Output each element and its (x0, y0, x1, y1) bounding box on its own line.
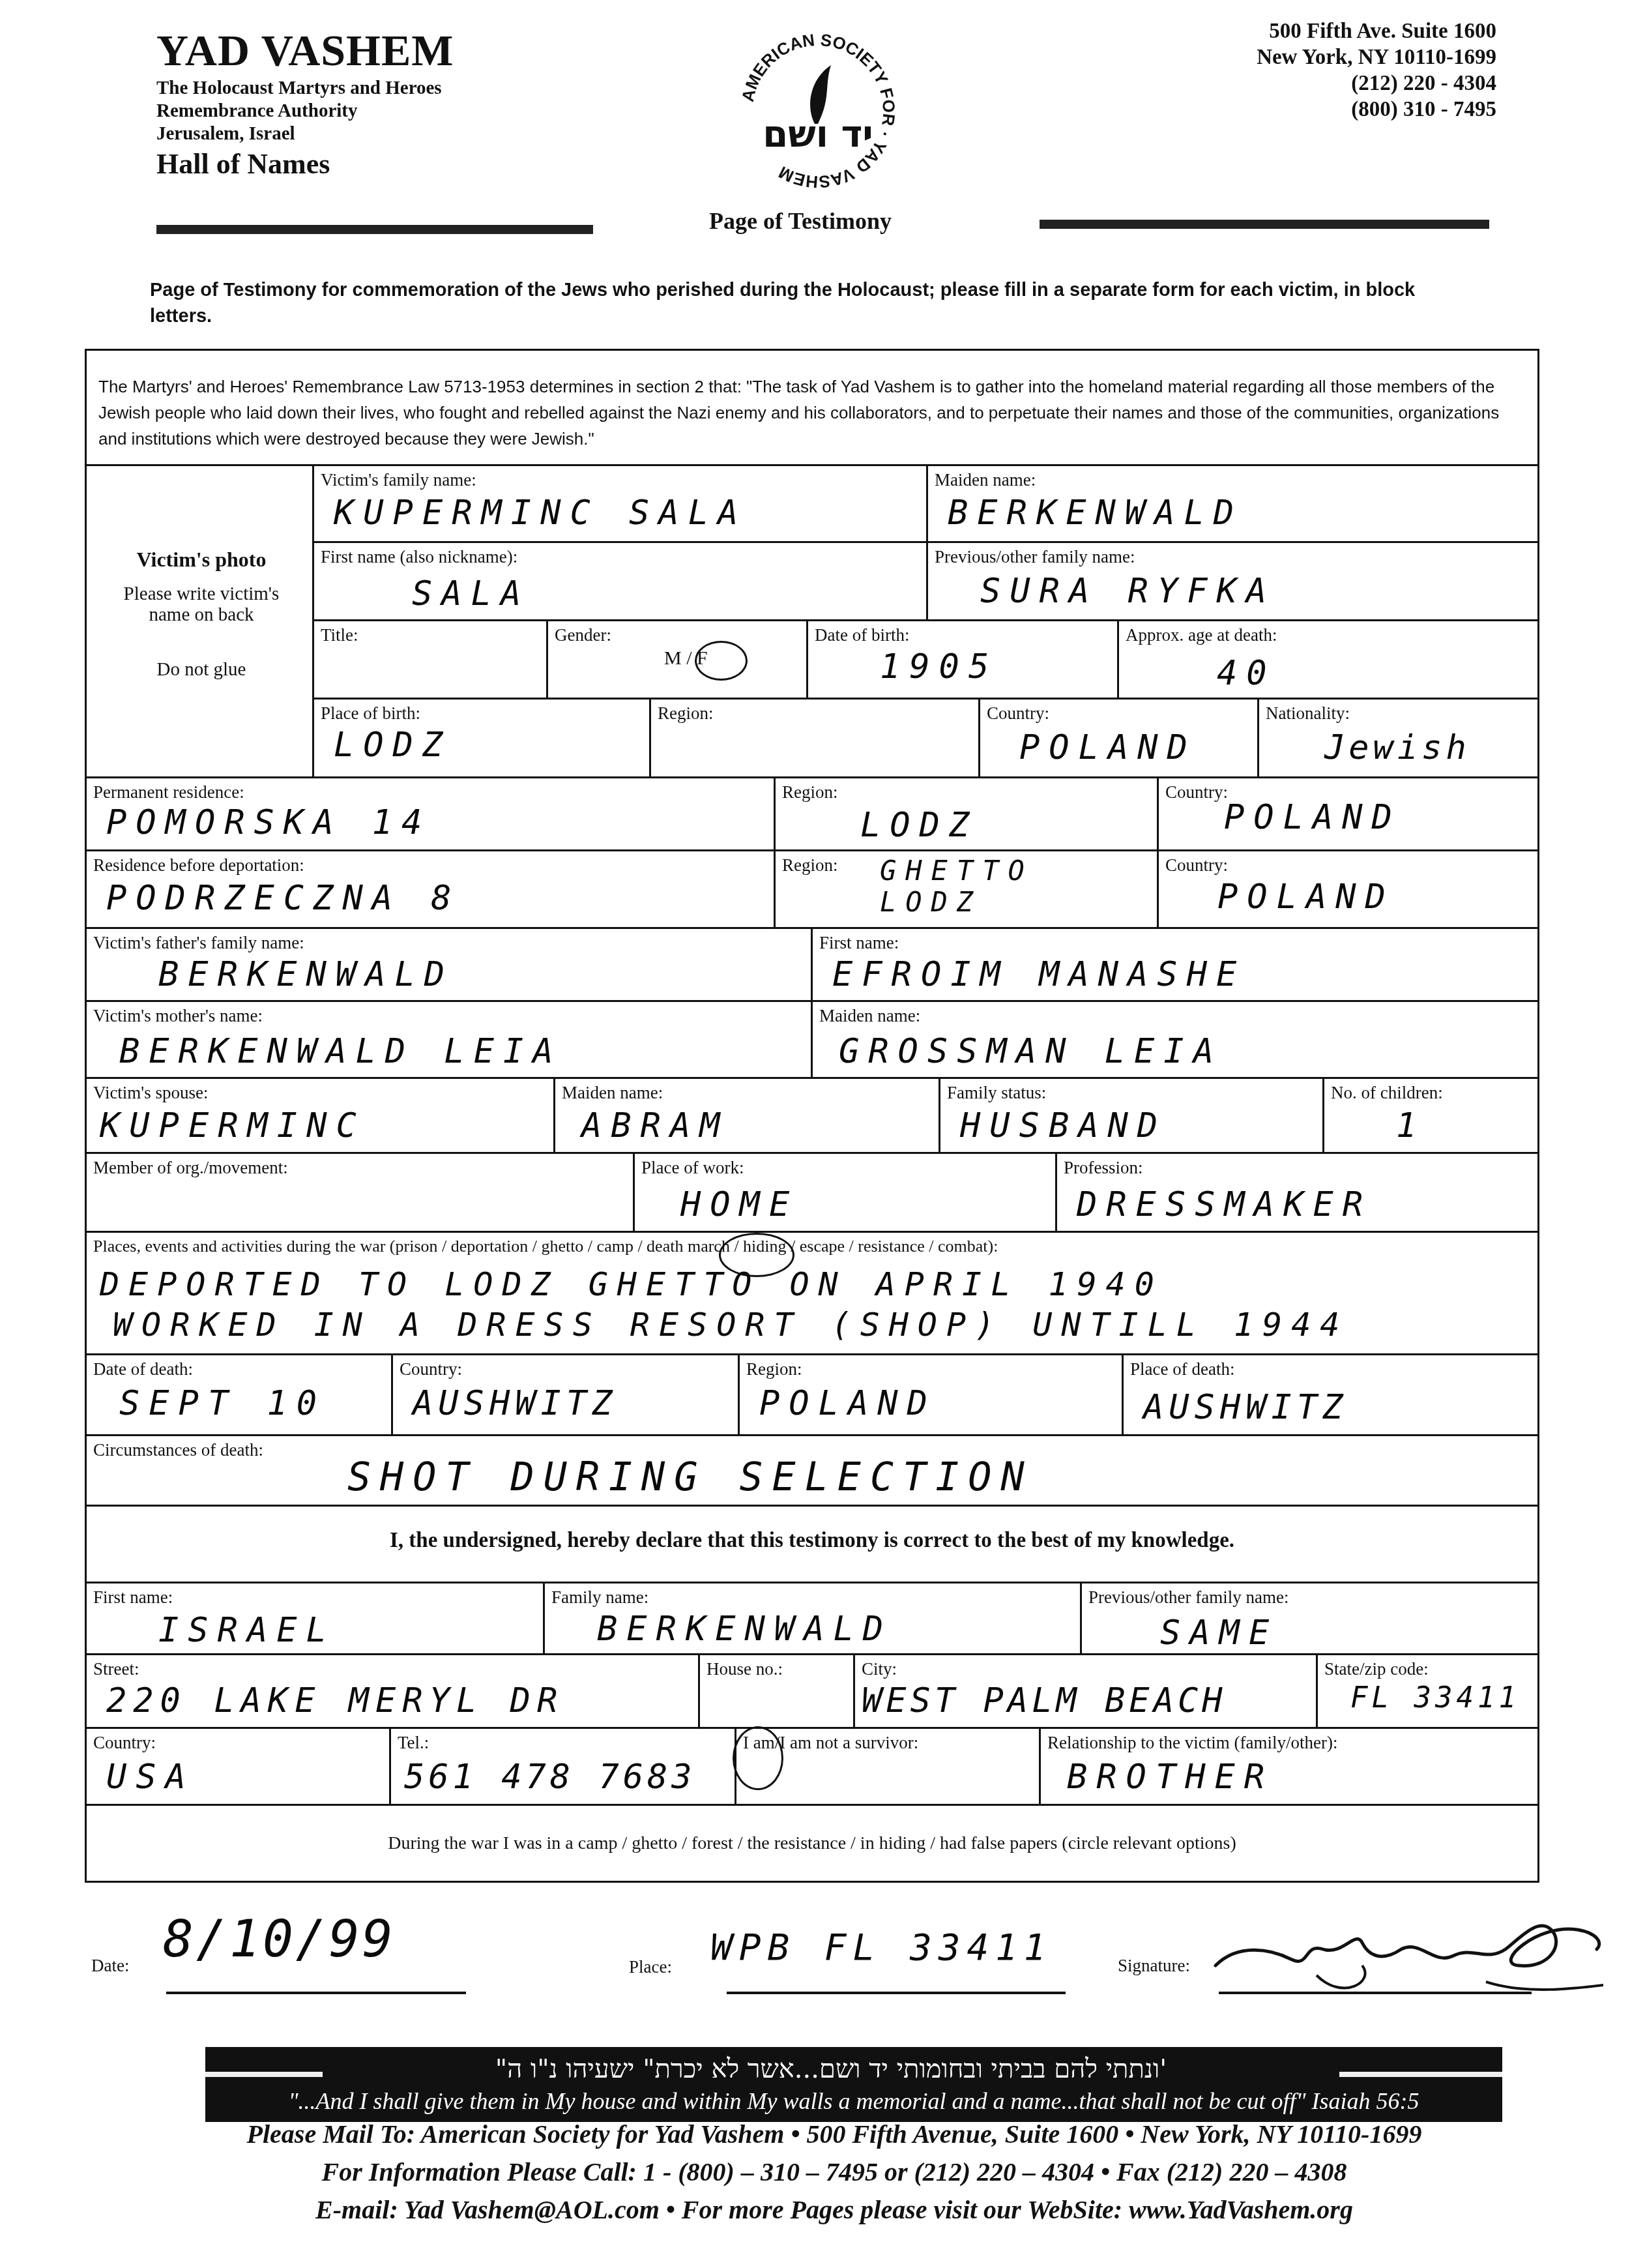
field-value: Jewish (1324, 728, 1470, 767)
field-value: BERKENWALD (948, 493, 1243, 533)
victim-place-of-birth-field[interactable]: Place of birth: LODZ (312, 698, 651, 778)
svg-text:יד ושם: יד ושם (763, 113, 873, 156)
submitter-first-name-field[interactable]: First name: ISRAEL (85, 1582, 545, 1655)
gender-selected-circle (695, 641, 748, 681)
phone-line: (212) 220 - 4304 (1257, 70, 1496, 96)
field-value: PODRZECZNA 8 (106, 879, 461, 918)
place-value[interactable]: WPB FL 33411 (710, 1926, 1053, 1969)
field-value: ISRAEL (158, 1611, 336, 1650)
submitter-street-field[interactable]: Street: 220 LAKE MERYL DR (85, 1653, 700, 1729)
submitter-family-name-field[interactable]: Family name: BERKENWALD (543, 1582, 1082, 1655)
i-am-circle (733, 1726, 783, 1790)
field-label: Date of birth: (815, 625, 909, 645)
field-label: Nationality: (1266, 703, 1350, 724)
field-value: DRESSMAKER (1077, 1185, 1372, 1224)
submitter-country-field[interactable]: Country: USA (85, 1727, 391, 1806)
relationship-field[interactable]: Relationship to the victim (family/other… (1039, 1727, 1539, 1806)
field-label: Country: (93, 1733, 156, 1753)
signature-label: Signature: (1118, 1956, 1190, 1976)
victim-photo-box[interactable]: Victim's photo Please write victim's nam… (85, 464, 314, 778)
field-value: POLAND (1224, 798, 1401, 837)
field-label: Family name: (551, 1587, 648, 1608)
field-value: GHETTO LODZ (880, 855, 1049, 918)
field-label: Region: (782, 855, 838, 876)
yad-vashem-logo: AMERICAN SOCIETY FOR · YAD VASHEM יד ושם (733, 26, 903, 196)
field-label: Approx. age at death: (1126, 625, 1277, 645)
date-of-death-field[interactable]: Date of death: SEPT 10 (85, 1353, 393, 1436)
org-subtitle-line: Remembrance Authority (156, 100, 442, 123)
field-value: KUPERMINC SALA (334, 493, 747, 533)
photo-title: Victim's photo (87, 548, 316, 572)
footer-email-line[interactable]: E-mail: Yad Vashem@AOL.com • For more Pa… (78, 2191, 1590, 2229)
form-title: Page of Testimony (709, 207, 892, 235)
member-org-field[interactable]: Member of org./movement: (85, 1152, 635, 1233)
address-line: New York, NY 10110-1699 (1257, 44, 1496, 70)
permanent-region-field[interactable]: Region: LODZ (774, 776, 1159, 851)
field-value: BERKENWALD (158, 955, 454, 994)
hall-of-names: Hall of Names (156, 147, 330, 181)
field-label: Maiden name: (935, 470, 1036, 490)
mother-name-field[interactable]: Victim's mother's name: BERKENWALD LEIA (85, 1000, 813, 1079)
phone-line: (800) 310 - 7495 (1257, 96, 1496, 123)
field-value: ABRAM (581, 1106, 729, 1145)
war-events-line: DEPORTED TO LODZ GHETTO ON APRIL 1940 (100, 1265, 1163, 1303)
header-rule-left (156, 225, 593, 234)
field-label: Previous/other family name: (1088, 1587, 1288, 1608)
field-value: SURA RYFKA (980, 572, 1275, 611)
field-label: Profession: (1064, 1158, 1143, 1178)
field-label: Victim's spouse: (93, 1083, 209, 1103)
victim-previous-name-field[interactable]: Previous/other family name: SURA RYFKA (926, 541, 1539, 621)
submitter-city-field[interactable]: City: WEST PALM BEACH (853, 1653, 1318, 1729)
victim-nationality-field[interactable]: Nationality: Jewish (1257, 698, 1539, 778)
field-value: HOME (680, 1185, 798, 1224)
field-value: SEPT 10 (119, 1384, 326, 1423)
field-label: Title: (321, 625, 358, 645)
submitter-tel-field[interactable]: Tel.: 561 478 7683 (389, 1727, 736, 1806)
deportation-region-field[interactable]: Region: GHETTO LODZ (774, 849, 1159, 929)
footer-mail-line: Please Mail To: American Society for Yad… (78, 2115, 1590, 2153)
place-of-death-field[interactable]: Place of death: AUSHWITZ (1122, 1353, 1539, 1436)
scripture-banner: "ונתתי להם בביתי ובחומותי יד ושם...אשר ל… (205, 2047, 1502, 2122)
header-rule-right (1040, 220, 1489, 229)
mother-maiden-name-field[interactable]: Maiden name: GROSSMAN LEIA (811, 1000, 1539, 1079)
place-line (727, 1992, 1066, 1994)
field-value: SAME (1160, 1613, 1278, 1653)
field-label: Place of birth: (321, 703, 420, 724)
victim-first-name-field[interactable]: First name (also nickname): SALA (312, 541, 928, 621)
field-label: Places, events and activities during the… (93, 1237, 998, 1256)
victim-age-at-death-field[interactable]: Approx. age at death: 40 (1117, 619, 1539, 700)
submitter-house-no-field[interactable]: House no.: (698, 1653, 855, 1729)
submitter-previous-name-field[interactable]: Previous/other family name: SAME (1080, 1582, 1539, 1655)
field-label: Victim's family name: (321, 470, 476, 490)
date-line (166, 1992, 466, 1994)
field-value: 220 LAKE MERYL DR (106, 1681, 564, 1720)
field-label: Gender: (555, 625, 611, 645)
field-value: WEST PALM BEACH (862, 1681, 1227, 1720)
permanent-residence-field[interactable]: Permanent residence: POMORSKA 14 (85, 776, 776, 851)
field-label: Region: (746, 1359, 802, 1379)
field-label: Maiden name: (562, 1083, 663, 1103)
father-family-name-field[interactable]: Victim's father's family name: BERKENWAL… (85, 927, 813, 1002)
org-subtitle: The Holocaust Martyrs and Heroes Remembr… (156, 77, 442, 145)
field-value: BROTHER (1067, 1758, 1274, 1797)
field-label: No. of children: (1331, 1083, 1443, 1103)
field-label: Residence before deportation: (93, 855, 304, 876)
circumstances-of-death-field[interactable]: Circumstances of death: SHOT DURING SELE… (85, 1434, 1539, 1507)
death-country-field[interactable]: Country: AUSHWITZ (391, 1353, 740, 1436)
declaration-text: I, the undersigned, hereby declare that … (87, 1529, 1537, 1553)
field-label: Circumstances of death: (93, 1440, 263, 1460)
field-value: 1 (1396, 1106, 1425, 1145)
field-label: Place of work: (641, 1158, 744, 1178)
death-region-field[interactable]: Region: POLAND (738, 1353, 1124, 1436)
war-experience-note: During the war I was in a camp / ghetto … (87, 1833, 1537, 1854)
field-label: Family status: (947, 1083, 1046, 1103)
survivor-status-field[interactable]: I am/I am not a survivor: (735, 1727, 1041, 1806)
family-status-field[interactable]: Family status: HUSBAND (939, 1077, 1324, 1154)
spouse-maiden-name-field[interactable]: Maiden name: ABRAM (553, 1077, 940, 1154)
profession-field[interactable]: Profession: DRESSMAKER (1055, 1152, 1539, 1233)
field-value: HUSBAND (960, 1106, 1167, 1145)
field-label: Victim's mother's name: (93, 1006, 263, 1026)
footer-phone-line: For Information Please Call: 1 - (800) –… (78, 2153, 1590, 2191)
field-value: AUSHWITZ (413, 1384, 617, 1423)
field-label: Victim's father's family name: (93, 933, 304, 953)
field-label: Street: (93, 1659, 139, 1679)
field-value: 561 478 7683 (404, 1758, 696, 1797)
victim-gender-field[interactable]: Gender: M / F (546, 619, 808, 700)
field-label: Date of death: (93, 1359, 193, 1379)
field-value: POLAND (1019, 728, 1197, 767)
victim-dob-field[interactable]: Date of birth: 1905 (806, 619, 1119, 700)
field-value: LODZ (334, 726, 452, 765)
deportation-country-field[interactable]: Country: POLAND (1157, 849, 1539, 929)
field-label: First name: (819, 933, 899, 953)
victim-birth-region-field[interactable]: Region: (649, 698, 980, 778)
victim-maiden-name-field[interactable]: Maiden name: BERKENWALD (926, 464, 1539, 543)
war-experience-note-box[interactable]: During the war I was in a camp / ghetto … (85, 1804, 1539, 1883)
submitter-state-zip-field[interactable]: State/zip code: FL 33411 (1316, 1653, 1539, 1729)
field-value: POLAND (759, 1384, 937, 1423)
address-line: 500 Fifth Ave. Suite 1600 (1257, 18, 1496, 44)
photo-note: Please write victim's name on back (113, 583, 290, 625)
war-events-field[interactable]: Places, events and activities during the… (85, 1231, 1539, 1355)
number-of-children-field[interactable]: No. of children: 1 (1322, 1077, 1539, 1154)
father-first-name-field[interactable]: First name: EFROIM MANASHE (811, 927, 1539, 1002)
field-label: Relationship to the victim (family/other… (1047, 1733, 1337, 1753)
field-value: FL 33411 (1350, 1681, 1520, 1715)
residence-before-deportation-field[interactable]: Residence before deportation: PODRZECZNA… (85, 849, 776, 929)
field-label: Previous/other family name: (935, 547, 1135, 567)
field-label: Country: (400, 1359, 462, 1379)
org-subtitle-line: Jerusalem, Israel (156, 123, 442, 145)
field-value: USA (106, 1758, 195, 1797)
field-label: Place of death: (1130, 1359, 1234, 1379)
law-box: The Martyrs' and Heroes' Remembrance Law… (85, 349, 1539, 466)
field-value: AUSHWITZ (1143, 1388, 1348, 1427)
spouse-field[interactable]: Victim's spouse: KUPERMINC (85, 1077, 555, 1154)
field-label: Member of org./movement: (93, 1158, 288, 1178)
intro-text: Page of Testimony for commemoration of t… (150, 277, 1479, 329)
field-label: Permanent residence: (93, 782, 244, 803)
photo-note-glue: Do not glue (87, 659, 316, 681)
law-text: The Martyrs' and Heroes' Remembrance Law… (98, 374, 1526, 452)
field-label: House no.: (706, 1659, 783, 1679)
field-value: POLAND (1217, 877, 1395, 917)
place-of-work-field[interactable]: Place of work: HOME (633, 1152, 1057, 1233)
field-label: Region: (782, 782, 838, 803)
field-label: Region: (658, 703, 714, 724)
victim-family-name-field[interactable]: Victim's family name: KUPERMINC SALA (312, 464, 928, 543)
field-value: LODZ (860, 806, 978, 845)
field-label: State/zip code: (1324, 1659, 1429, 1679)
field-label: Tel.: (398, 1733, 429, 1753)
field-value: SHOT DURING SELECTION (347, 1454, 1034, 1500)
field-label: First name: (93, 1587, 173, 1608)
date-value[interactable]: 8/10/99 (163, 1910, 396, 1969)
field-value: SALA (412, 574, 530, 613)
field-value: BERKENWALD (597, 1610, 892, 1649)
field-value: POMORSKA 14 (106, 803, 431, 842)
declaration-box: I, the undersigned, hereby declare that … (85, 1505, 1539, 1583)
banner-hebrew: "ונתתי להם בביתי ובחומותי יד ושם...אשר ל… (323, 2054, 1339, 2084)
field-label: Maiden name: (819, 1006, 920, 1026)
victim-birth-country-field[interactable]: Country: POLAND (978, 698, 1259, 778)
war-events-line: WORKED IN A DRESS RESORT (SHOP) UNTILL 1… (113, 1306, 1348, 1344)
mailing-footer: Please Mail To: American Society for Yad… (78, 2115, 1590, 2229)
place-label: Place: (629, 1957, 672, 1977)
field-label: Country: (1165, 782, 1228, 803)
field-label: Country: (987, 703, 1049, 724)
signature-line (1219, 1992, 1532, 1994)
date-label: Date: (91, 1956, 129, 1976)
org-title: YAD VASHEM (156, 25, 454, 76)
field-value: 1905 (880, 647, 998, 686)
permanent-country-field[interactable]: Country: POLAND (1157, 776, 1539, 851)
field-label: Country: (1165, 855, 1228, 876)
field-value: KUPERMINC (100, 1106, 366, 1145)
field-value: 40 (1217, 654, 1276, 693)
field-value: EFROIM MANASHE (832, 955, 1245, 994)
field-value: GROSSMAN LEIA (839, 1032, 1223, 1071)
contact-address: 500 Fifth Ave. Suite 1600 New York, NY 1… (1257, 18, 1496, 123)
victim-title-field[interactable]: Title: (312, 619, 548, 700)
field-value: BERKENWALD LEIA (119, 1032, 562, 1071)
field-label: City: (862, 1659, 897, 1679)
banner-english: "...And I shall give them in My house an… (218, 2087, 1489, 2115)
field-label: First name (also nickname): (321, 547, 517, 567)
org-subtitle-line: The Holocaust Martyrs and Heroes (156, 77, 442, 100)
